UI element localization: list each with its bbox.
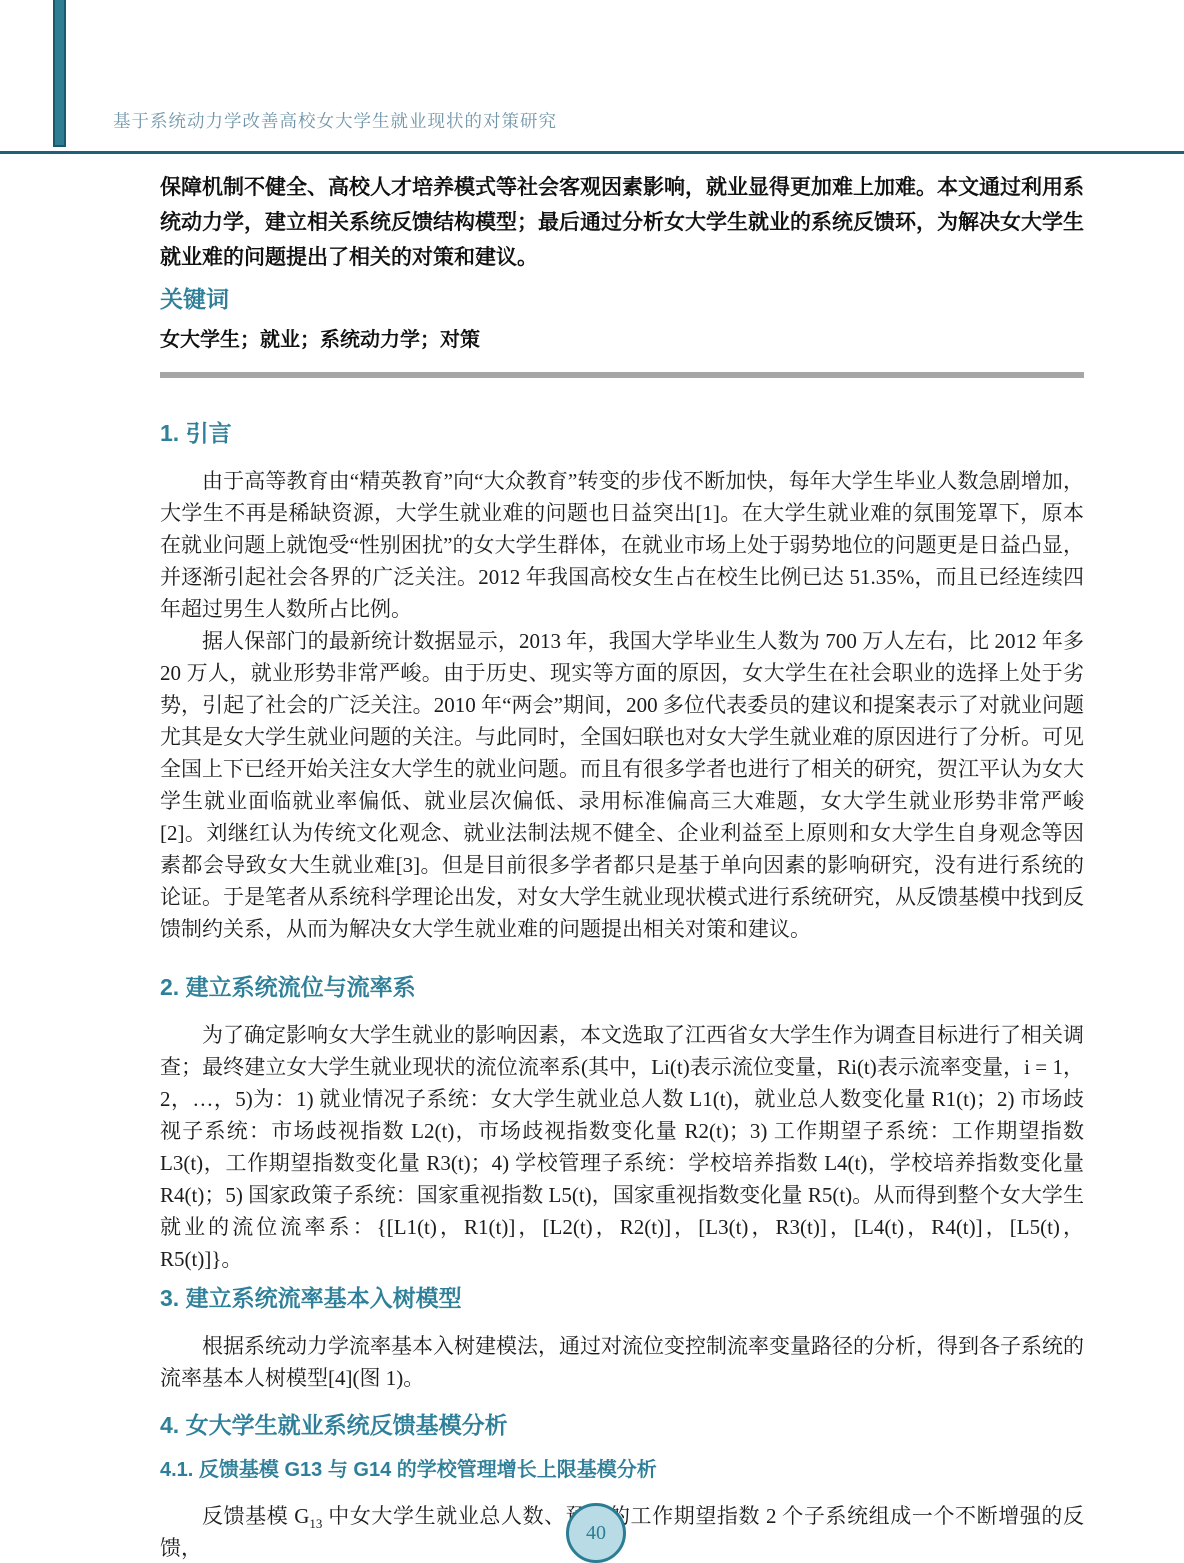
paragraph: 为了确定影响女大学生就业的影响因素，本文选取了江西省女大学生作为调查目标进行了相… <box>160 1019 1084 1275</box>
abstract-text: 保障机制不健全、高校人才培养模式等社会客观因素影响，就业显得更加难上加难。本文通… <box>160 170 1084 275</box>
section-tree-model: 3. 建立系统流率基本入树模型 根据系统动力学流率基本入树建模法，通过对流位变控… <box>160 1283 1084 1394</box>
paragraph-text-pre: 反馈基模 G <box>202 1504 309 1528</box>
page-edge-accent-bar <box>53 0 66 147</box>
paragraph: 由于高等教育由“精英教育”向“大众教育”转变的步伐不断加快，每年大学生毕业人数急… <box>160 465 1084 625</box>
section-flow-rate-system: 2. 建立系统流位与流率系 为了确定影响女大学生就业的影响因素，本文选取了江西省… <box>160 972 1084 1275</box>
paper-page: 基于系统动力学改善高校女大学生就业现状的对策研究 保障机制不健全、高校人才培养模… <box>0 0 1184 1563</box>
page-content: 保障机制不健全、高校人才培养模式等社会客观因素影响，就业显得更加难上加难。本文通… <box>160 170 1084 1563</box>
section-introduction: 1. 引言 由于高等教育由“精英教育”向“大众教育”转变的步伐不断加快，每年大学… <box>160 418 1084 945</box>
section-heading-3: 3. 建立系统流率基本入树模型 <box>160 1283 1084 1313</box>
header-rule <box>0 151 1184 154</box>
paragraph: 据人保部门的最新统计数据显示，2013 年，我国大学毕业生人数为 700 万人左… <box>160 625 1084 945</box>
subsection-heading-4-1: 4.1. 反馈基模 G13 与 G14 的学校管理增长上限基模分析 <box>160 1457 1084 1483</box>
section-heading-1: 1. 引言 <box>160 418 1084 448</box>
paragraph: 根据系统动力学流率基本入树建模法，通过对流位变控制流率变量路径的分析，得到各子系… <box>160 1330 1084 1394</box>
subscript-index: 13 <box>309 1516 322 1531</box>
keywords-text: 女大学生；就业；系统动力学；对策 <box>160 325 1084 355</box>
section-heading-4: 4. 女大学生就业系统反馈基模分析 <box>160 1410 1084 1440</box>
abstract-body-divider <box>160 372 1084 378</box>
running-head-title: 基于系统动力学改善高校女大学生就业现状的对策研究 <box>113 108 557 133</box>
section-heading-2: 2. 建立系统流位与流率系 <box>160 972 1084 1002</box>
keywords-heading: 关键词 <box>160 285 1084 313</box>
page-number: 40 <box>586 1522 606 1545</box>
page-number-badge: 40 <box>566 1503 626 1563</box>
